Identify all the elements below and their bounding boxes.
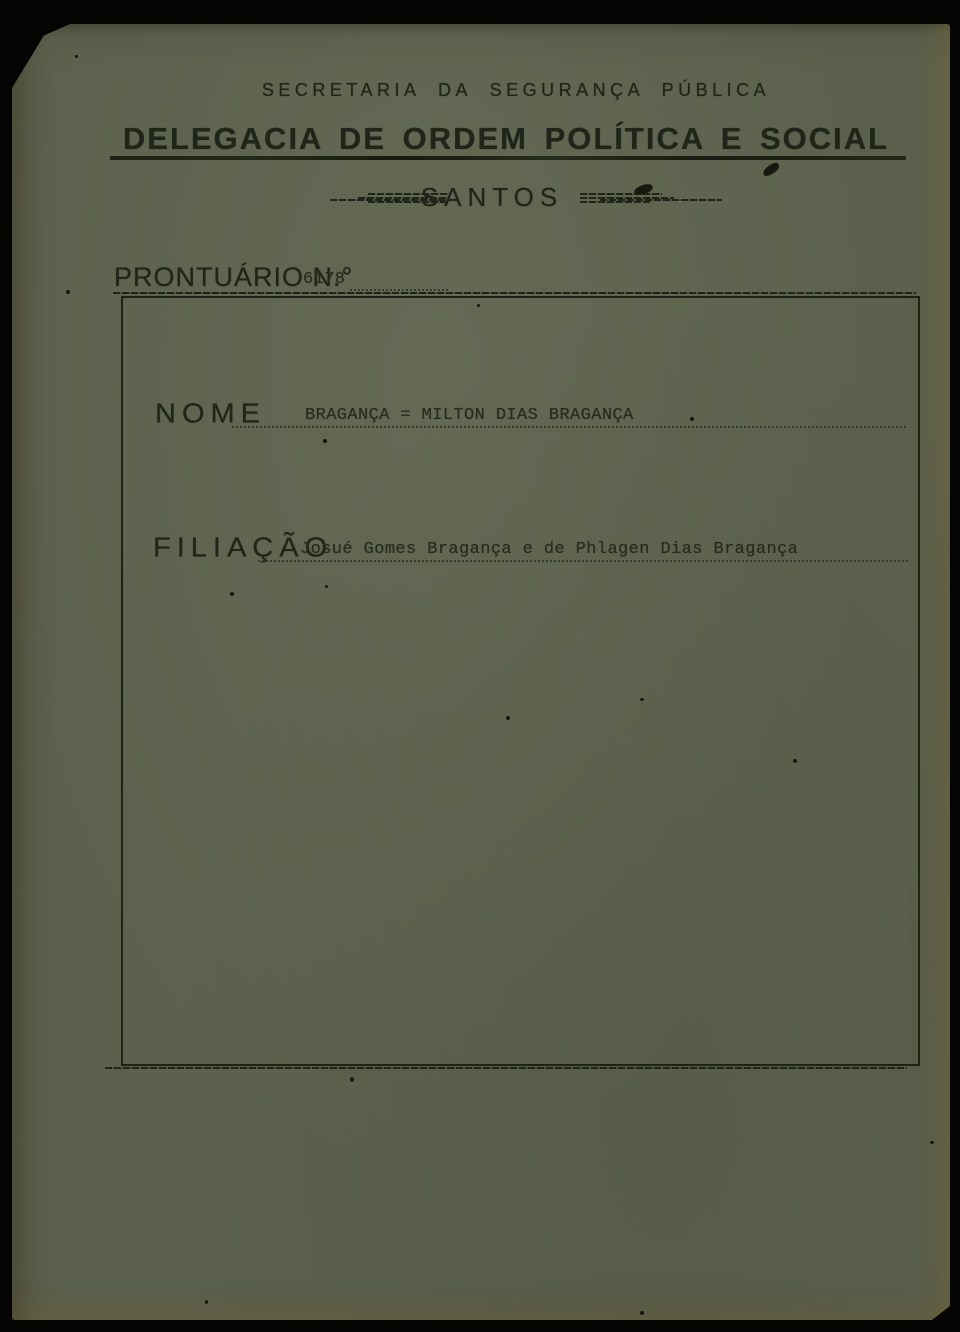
ink-speck [690,417,694,421]
department-underline [110,156,906,160]
ink-speck [323,439,327,443]
ink-speck [230,592,234,596]
ink-speck [640,698,644,701]
ink-speck [477,304,480,307]
ink-speck [66,290,70,294]
prontuario-number: 6178 [303,270,345,289]
scanned-document: SECRETARIA DA SEGURANÇA PÚBLICA DELEGACI… [0,0,960,1332]
prontuario-rule [113,292,916,294]
ink-speck [350,1077,354,1082]
city-flourish-right-line [580,201,650,203]
city-flourish-right-dash [600,199,722,201]
ink-speck [930,1141,934,1144]
city-flourish-right-line [580,193,662,195]
ink-speck [205,1300,208,1304]
filiacao-value: Josué Gomes Bragança e de Phlagen Dias B… [300,540,798,559]
ink-speck [75,55,78,58]
city-flourish-left-line [368,193,448,195]
nome-dotted-line [232,426,908,428]
ink-speck [793,759,797,763]
box-bottom-rule [105,1067,907,1069]
city-title: SANTOS [12,182,960,213]
city-flourish-left-line [358,197,448,199]
agency-title: SECRETARIA DA SEGURANÇA PÚBLICA [36,80,960,101]
filiacao-dotted-line [258,560,908,562]
city-flourish-left-line [368,201,446,203]
ink-speck [506,716,510,720]
prontuario-dotted-line [350,289,450,291]
nome-value: BRAGANÇA = MILTON DIAS BRAGANÇA [305,406,634,425]
department-title: DELEGACIA DE ORDEM POLÍTICA E SOCIAL [26,121,960,156]
ink-speck [640,1311,644,1315]
ink-speck [325,585,328,588]
